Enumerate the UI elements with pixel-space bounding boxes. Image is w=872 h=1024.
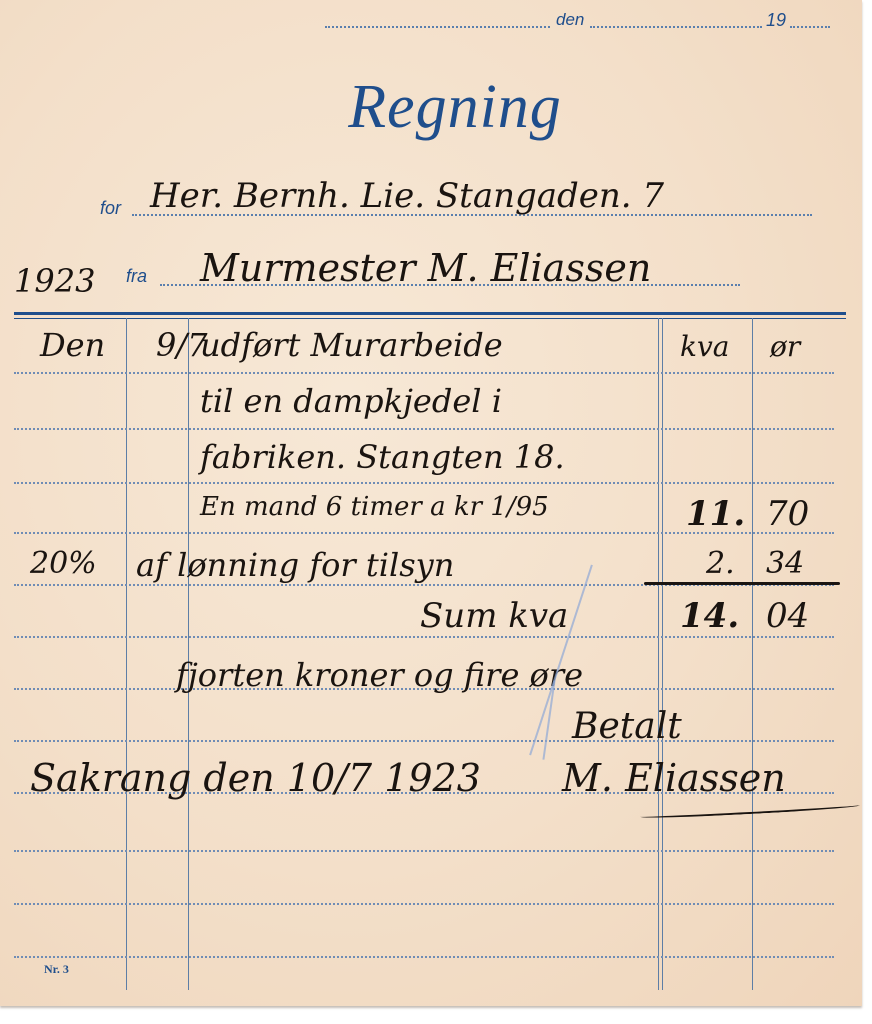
- row-line: [14, 482, 834, 484]
- invoice-paper: den 19 Regning for Her. Bernh. Lie. Stan…: [0, 0, 862, 1006]
- place-date: Sakrang den 10/7 1923: [30, 756, 481, 800]
- row-line: [14, 636, 834, 638]
- line-3-description: fabriken. Stangten 18.: [200, 438, 565, 476]
- line-5-description: af lønning for tilsyn: [136, 546, 454, 584]
- signature-flourish: [640, 802, 860, 820]
- amount-in-words: fjorten kroner og fire øre: [176, 656, 583, 694]
- for-label: for: [100, 198, 121, 219]
- sender-name: Murmester M. Eliassen: [200, 246, 651, 290]
- line-2-description: til en dampkjedel i: [200, 382, 502, 420]
- date-dotted-line-2: [590, 26, 762, 28]
- column-divider-3: [658, 318, 663, 990]
- header-rule-thin: [14, 318, 846, 319]
- recipient-name: Her. Bernh. Lie. Stangaden. 7: [150, 176, 664, 216]
- column-divider-1: [126, 318, 127, 990]
- invoice-title: Regning: [320, 72, 590, 143]
- line-1-description: udført Murarbeide: [200, 326, 503, 364]
- row-line: [14, 372, 834, 374]
- subtotal-underline: [644, 582, 840, 585]
- signature: M. Eliassen: [562, 756, 786, 800]
- line-4-description: En mand 6 timer a kr 1/95: [200, 492, 549, 522]
- line-1-amount-ore: ør: [770, 330, 800, 363]
- row-line: [14, 903, 834, 905]
- line-4-amount-kr: 11.: [686, 494, 745, 534]
- row-line: [14, 850, 834, 852]
- year-dotted-line: [790, 26, 830, 28]
- column-divider-4: [752, 318, 753, 990]
- line-5-amount-kr: 2.: [706, 546, 735, 581]
- paid-note: Betalt: [572, 706, 682, 747]
- line-1-amount-kr: kva: [680, 330, 729, 363]
- date-label: den: [556, 10, 584, 30]
- line-4-amount-ore: 70: [766, 494, 809, 534]
- sum-amount-kr: 14.: [680, 596, 739, 636]
- line-5-col1: 20%: [30, 546, 97, 581]
- sender-year: 1923: [14, 262, 95, 300]
- form-number: Nr. 3: [44, 962, 69, 977]
- sum-label: Sum kva: [420, 596, 568, 636]
- date-dotted-line: [325, 26, 550, 28]
- row-line: [14, 740, 834, 742]
- header-rule-thick: [14, 312, 846, 315]
- line-1-col1: Den: [40, 326, 105, 364]
- sum-amount-ore: 04: [766, 596, 809, 636]
- year-prefix: 19: [766, 10, 786, 31]
- line-5-amount-ore: 34: [766, 546, 804, 581]
- column-divider-2: [188, 318, 189, 990]
- row-line: [14, 428, 834, 430]
- fra-label: fra: [126, 266, 147, 287]
- row-line: [14, 956, 834, 958]
